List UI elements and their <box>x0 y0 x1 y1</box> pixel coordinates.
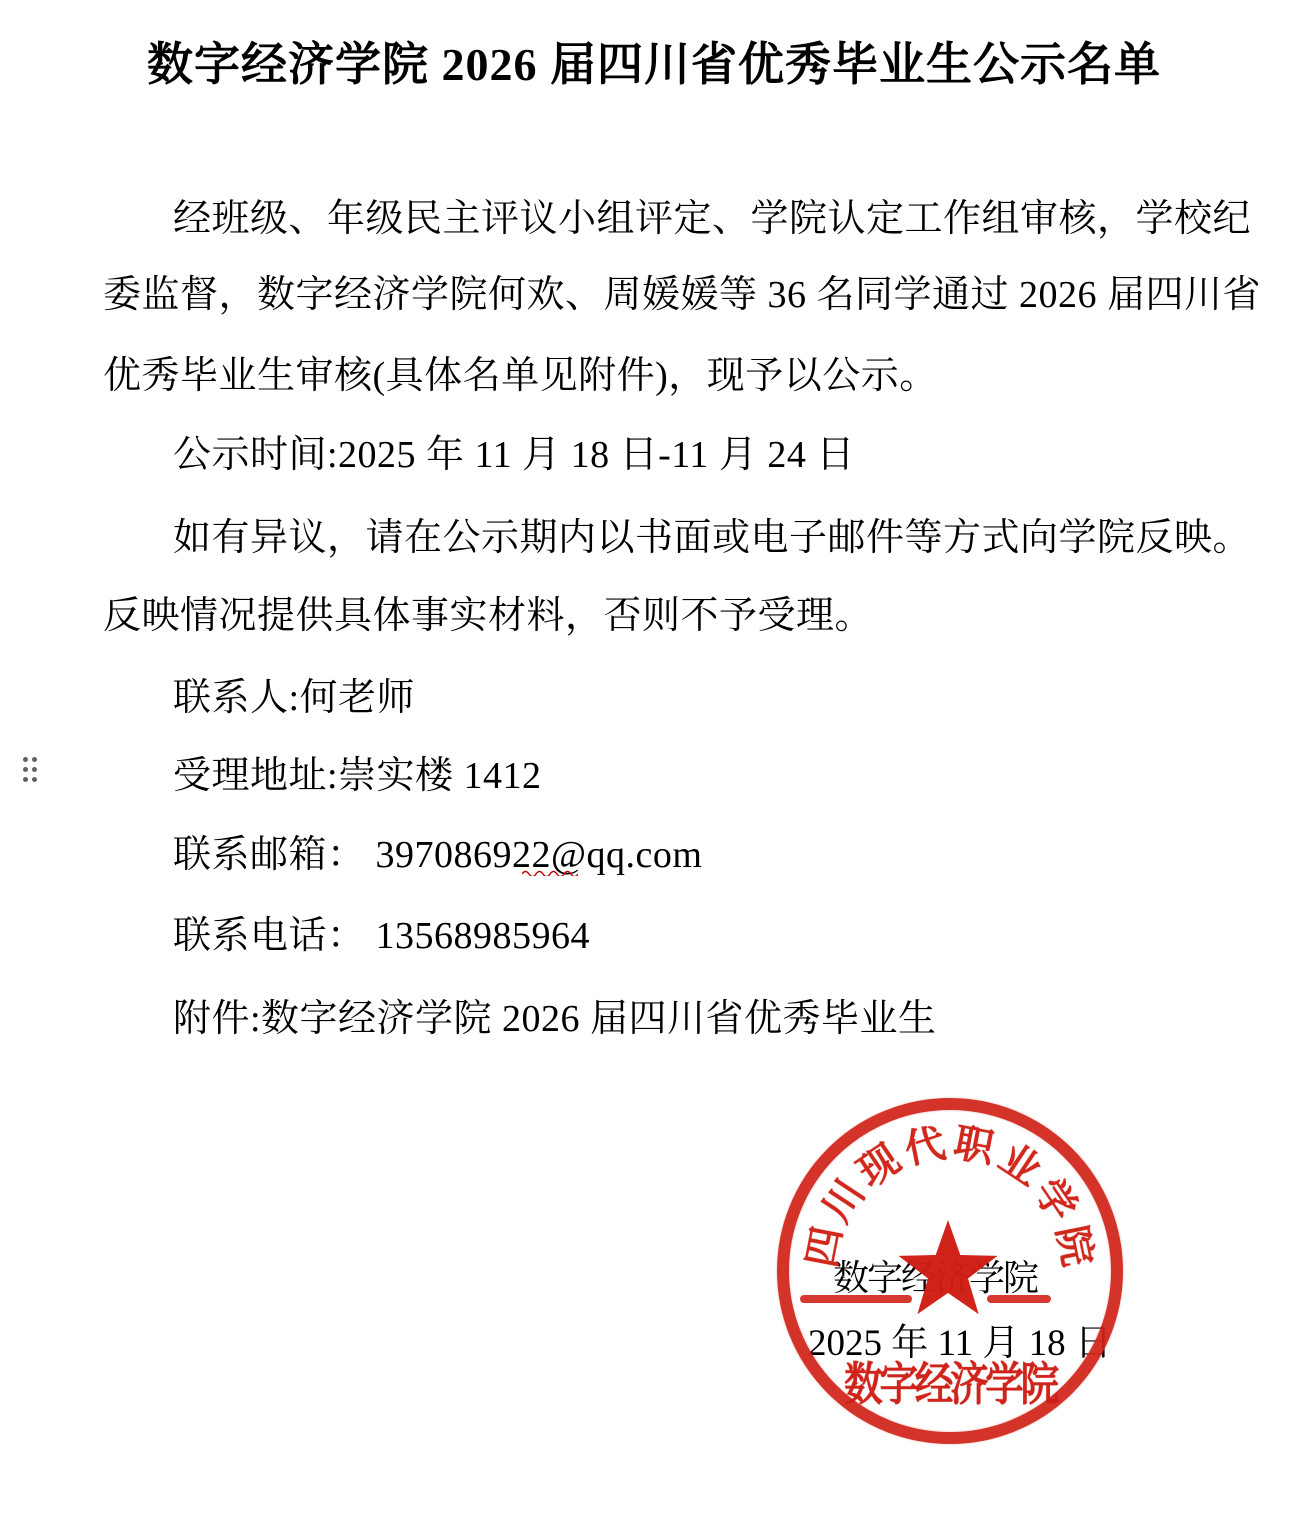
contact-person-line: 联系人:何老师 <box>173 679 415 717</box>
spellcheck-underline-icon <box>522 870 578 876</box>
paragraph-line: 如有异议，请在公示期内以书面或电子邮件等方式向学院反映。 <box>173 519 1251 557</box>
attachment-line: 附件:数字经济学院 2026 届四川省优秀毕业生 <box>173 1000 937 1038</box>
paragraph-line: 反映情况提供具体事实材料，否则不予受理。 <box>103 597 873 635</box>
address-line: 受理地址:崇实楼 1412 <box>173 757 542 795</box>
document-page: 数字经济学院 2026 届四川省优秀毕业生公示名单 经班级、年级民主评议小组评定… <box>0 0 1308 1527</box>
contact-phone-line: 联系电话： 13568985964 <box>173 917 590 955</box>
publicity-period-line: 公示时间:2025 年 11 月 18 日-11 月 24 日 <box>173 436 855 474</box>
seal-arc-char: 职 <box>951 1123 998 1170</box>
seal-bottom-text: 数字经济学院 <box>799 1348 1101 1414</box>
seal-star-icon <box>893 1217 1003 1327</box>
dot <box>23 777 28 782</box>
drag-handle-icon[interactable] <box>23 757 37 782</box>
seal-arc-char: 四 <box>802 1223 849 1270</box>
dot <box>23 757 28 762</box>
contact-email-line: 联系邮箱： 397086922@qq.com <box>173 836 702 874</box>
seal-arc-char: 院 <box>1051 1222 1098 1269</box>
paragraph-line: 优秀毕业生审核(具体名单见附件)，现予以公示。 <box>103 357 938 395</box>
dot <box>23 767 28 772</box>
seal-arc-char: 代 <box>901 1123 948 1170</box>
dot <box>32 767 37 772</box>
paragraph-line: 委监督，数字经济学院何欢、周媛媛等 36 名同学通过 2026 届四川省 <box>103 276 1261 314</box>
paragraph-line: 经班级、年级民主评议小组评定、学院认定工作组审核，学校纪 <box>173 200 1251 238</box>
official-seal: 四川现代职业学院 数字经济学院 <box>770 1091 1130 1451</box>
dot <box>32 777 37 782</box>
dot <box>32 757 37 762</box>
page-title: 数字经济学院 2026 届四川省优秀毕业生公示名单 <box>0 28 1308 94</box>
